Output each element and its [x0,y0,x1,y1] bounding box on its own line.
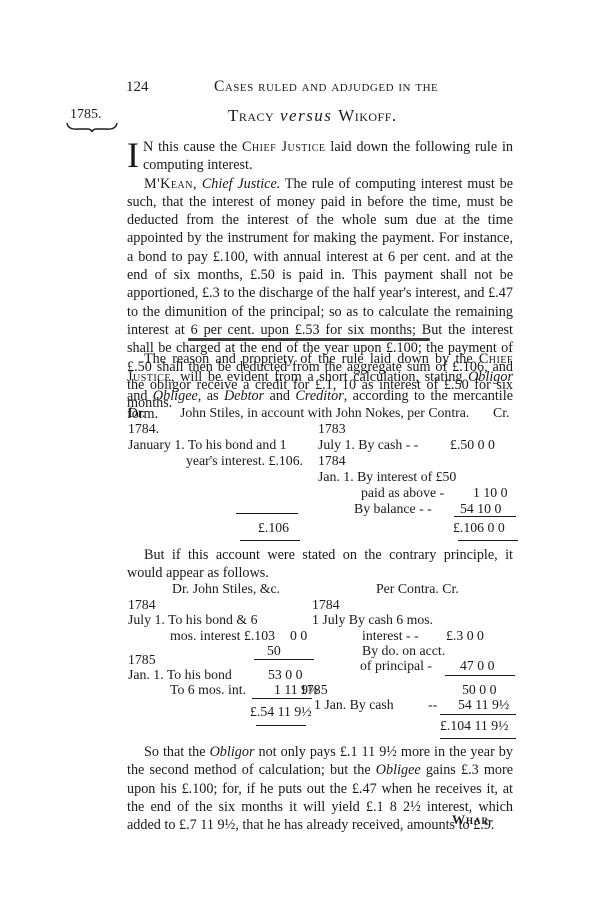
account2-left-line4: To 6 mos. int. [170,682,246,699]
obligor-term: Obligor [468,369,513,385]
account1-right-line1: July 1. By cash - - [318,437,418,454]
account2-right-line4: of principal - [360,658,432,675]
conclusion-text: So that the [144,744,210,760]
case-title-defendant: Wikoff. [338,106,396,125]
case-title-plaintiff: Tracy [228,106,274,125]
account1-right-line4: By balance - - [354,501,432,518]
account1-left-line1: January 1. To his bond and 1 [128,437,287,454]
account1-right-total: £.106 0 0 [453,520,505,537]
reason-text: , as [198,388,224,404]
account1-left-rule [236,513,298,514]
intro-text: N this cause the [143,139,242,155]
account2-left-line2: mos. interest £.103 [170,628,275,645]
page-number: 124 [126,79,149,96]
account1-right-underline [458,540,518,541]
section-divider [188,338,430,341]
account1-right-line2: Jan. 1. By interest of £50 [318,469,456,486]
account1-dr: Dr. [128,405,145,422]
chief-justice-label: Chief Justice [242,139,326,155]
contrary-paragraph: But if this account were stated on the c… [127,546,513,583]
account2-right-line5: 1 Jan. By cash [314,697,394,714]
obligor-term: Obligor [210,744,255,760]
reason-text: and [127,388,153,404]
dropcap: I [127,140,139,170]
account1-left-total: £.106 [258,520,289,537]
account1-cr: Cr. [493,405,510,422]
account2-right-dash5: -- [428,697,437,714]
account2-right-amt5: 54 11 9½ [458,697,509,714]
account2-left-amt2: 0 0 [290,628,307,645]
running-title: Cases ruled and adjudged in the [214,78,438,96]
account2-right-rule1 [445,675,515,676]
margin-year: 1785. [70,107,102,123]
account2-right-amt4: 47 0 0 [460,658,495,675]
account1-left-underline [240,540,300,541]
account2-left-underline [256,725,306,726]
reason-text: and [264,388,295,404]
account1-right-rule [454,516,516,517]
account2-dr-heading: Dr. John Stiles, &c. [172,581,280,598]
account1-left-line2: year's interest. £.106. [186,453,303,470]
account1-left-year: 1784. [128,421,159,438]
account1-right-amt3: 1 10 0 [473,485,508,502]
debtor-term: Debtor [224,388,264,404]
account2-right-total: £.104 11 9½ [440,718,508,735]
intro-paragraph: IN this cause the Chief Justice laid dow… [127,138,513,175]
account1-right-line3: paid as above - [361,485,444,502]
reason-text: The reason and propriety of the rule lai… [144,351,479,367]
account1-right-year1: 1783 [318,421,346,438]
account2-left-total: £.54 11 9½ [250,704,312,721]
account1-right-year2: 1784 [318,453,346,470]
account1-right-amt1: £.50 0 0 [450,437,495,454]
account1-heading: John Stiles, in account with John Nokes,… [180,405,469,422]
catchword: Whar- [452,812,494,828]
account2-right-underline [440,738,516,739]
account2-right-rule2 [440,714,516,715]
account2-left-sub: 50 [267,643,281,660]
case-title-versus: versus [280,106,332,125]
obligee-term: Obligee [153,388,198,404]
reason-text: , will be evident from a short calculati… [171,369,468,385]
speaker-name: M'Kean, [144,176,197,192]
account2-right-line1: 1 July By cash 6 mos. [312,612,433,629]
margin-brace-icon [66,122,118,132]
contrary-text: But if this account were stated on the c… [127,546,513,583]
creditor-term: Creditor [295,388,343,404]
obligee-term: Obligee [376,762,421,778]
speaker-title: Chief Justice. [202,176,280,192]
account2-right-amt2: £.3 0 0 [446,628,484,645]
case-title: Tracy versus Wikoff. [228,106,397,126]
account2-left-line1: July 1. To his bond & 6 [128,612,257,629]
account2-left-rule1 [254,659,314,660]
account2-cr-heading: Per Contra. Cr. [376,581,459,598]
